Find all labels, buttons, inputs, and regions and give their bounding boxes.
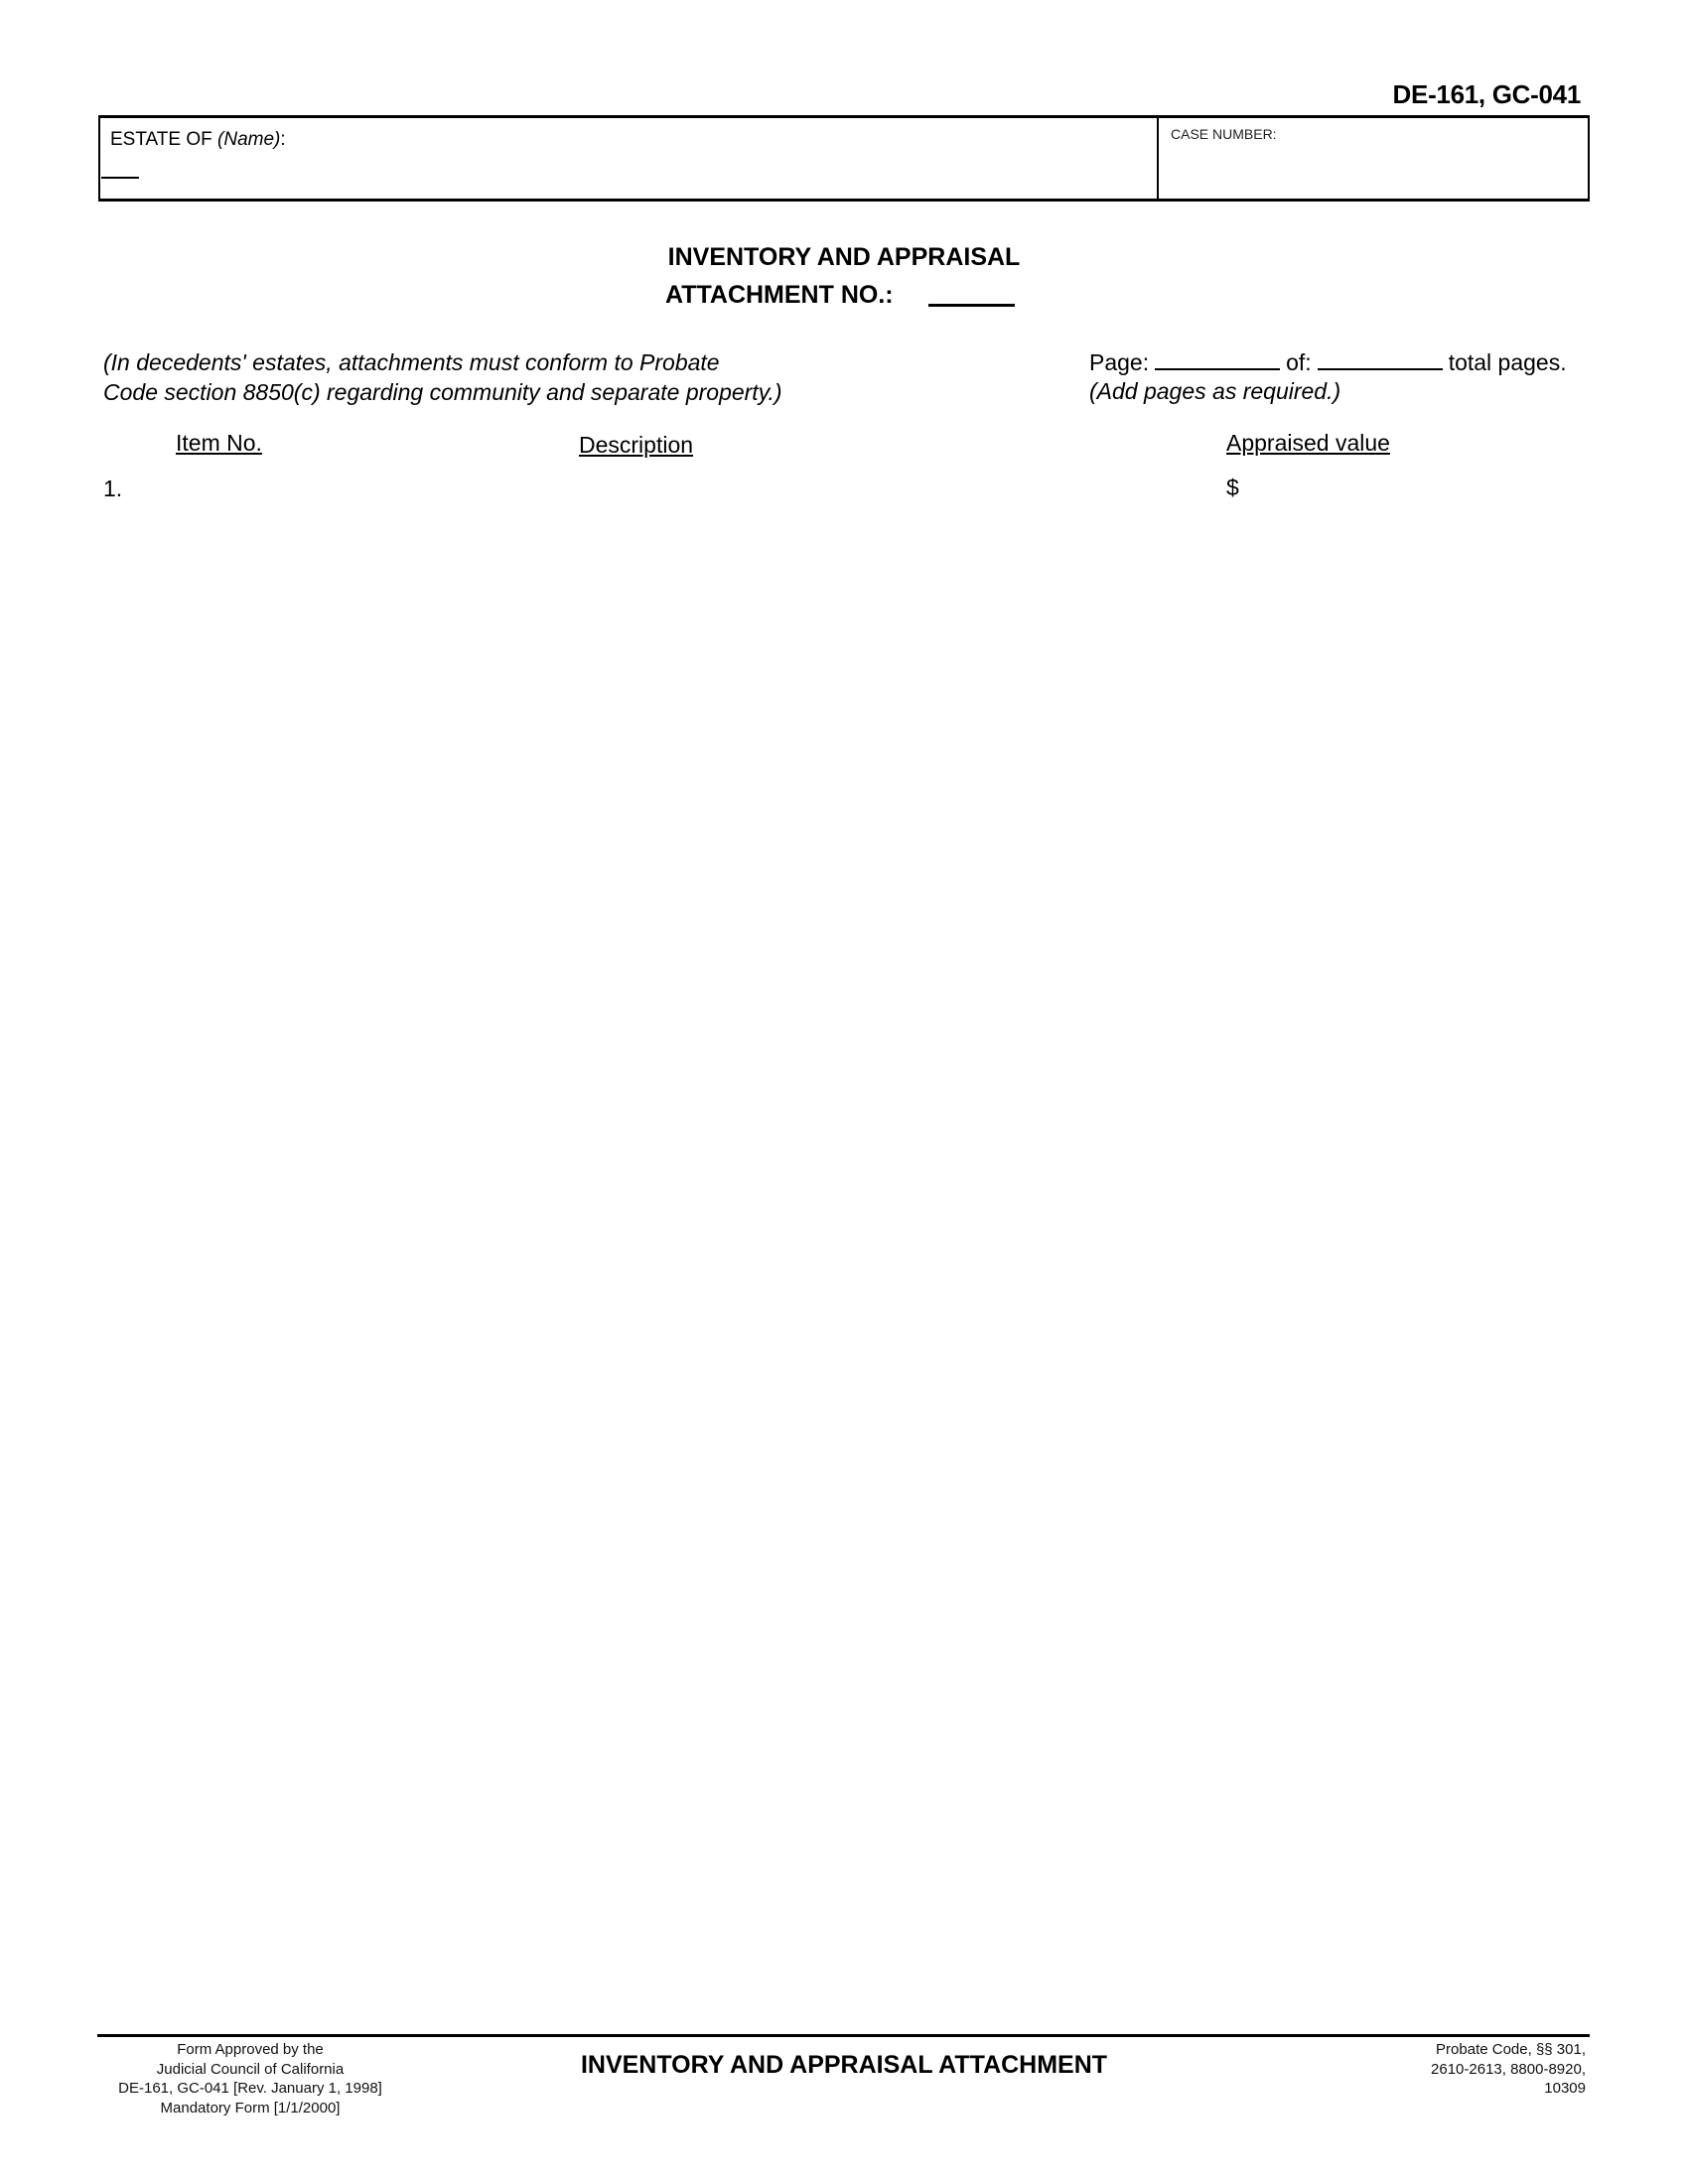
footer-right-line: Probate Code, §§ 301, bbox=[1431, 2040, 1586, 2060]
footer-right-line: 10309 bbox=[1431, 2079, 1586, 2099]
item-value-currency: $ bbox=[1226, 475, 1239, 501]
estate-name-field[interactable] bbox=[101, 177, 139, 179]
caption-box: ESTATE OF (Name): CASE NUMBER: bbox=[98, 115, 1590, 202]
form-title: INVENTORY AND APPRAISAL bbox=[0, 243, 1688, 272]
page-label: Page: bbox=[1089, 349, 1149, 375]
footer-right-line: 2610-2613, 8800-8920, bbox=[1431, 2060, 1586, 2080]
footer-rule bbox=[97, 2034, 1590, 2037]
total-pages-field[interactable] bbox=[1318, 350, 1443, 370]
estate-colon: : bbox=[280, 129, 285, 150]
estate-of-text: ESTATE OF bbox=[110, 129, 217, 150]
of-label: of: bbox=[1286, 349, 1312, 375]
column-header-appraised-value: Appraised value bbox=[1226, 430, 1390, 457]
footer-left-line: DE-161, GC-041 [Rev. January 1, 1998] bbox=[101, 2079, 399, 2099]
total-pages-label: total pages. bbox=[1449, 349, 1567, 375]
caption-divider bbox=[1157, 118, 1159, 199]
instruction-note-line2: Code section 8850(c) regarding community… bbox=[103, 379, 782, 406]
estate-of-label: ESTATE OF (Name): bbox=[110, 129, 286, 151]
item-number: 1. bbox=[103, 476, 122, 502]
page-counter: Page:of:total pages. bbox=[1089, 349, 1567, 376]
form-code: DE-161, GC-041 bbox=[1393, 79, 1581, 110]
estate-name-hint: (Name) bbox=[217, 129, 280, 150]
case-number-label: CASE NUMBER: bbox=[1171, 126, 1277, 142]
instruction-note-line1: (In decedents' estates, attachments must… bbox=[103, 349, 720, 376]
attachment-number-label: ATTACHMENT NO.: bbox=[665, 281, 894, 310]
column-header-description: Description bbox=[579, 432, 693, 459]
add-pages-note: (Add pages as required.) bbox=[1089, 378, 1340, 405]
column-header-item-no: Item No. bbox=[176, 430, 262, 457]
page-number-field[interactable] bbox=[1155, 350, 1280, 370]
footer-code-references: Probate Code, §§ 301, 2610-2613, 8800-89… bbox=[1431, 2040, 1586, 2099]
attachment-number-field[interactable] bbox=[928, 304, 1015, 307]
footer-left-line: Mandatory Form [1/1/2000] bbox=[101, 2099, 399, 2118]
